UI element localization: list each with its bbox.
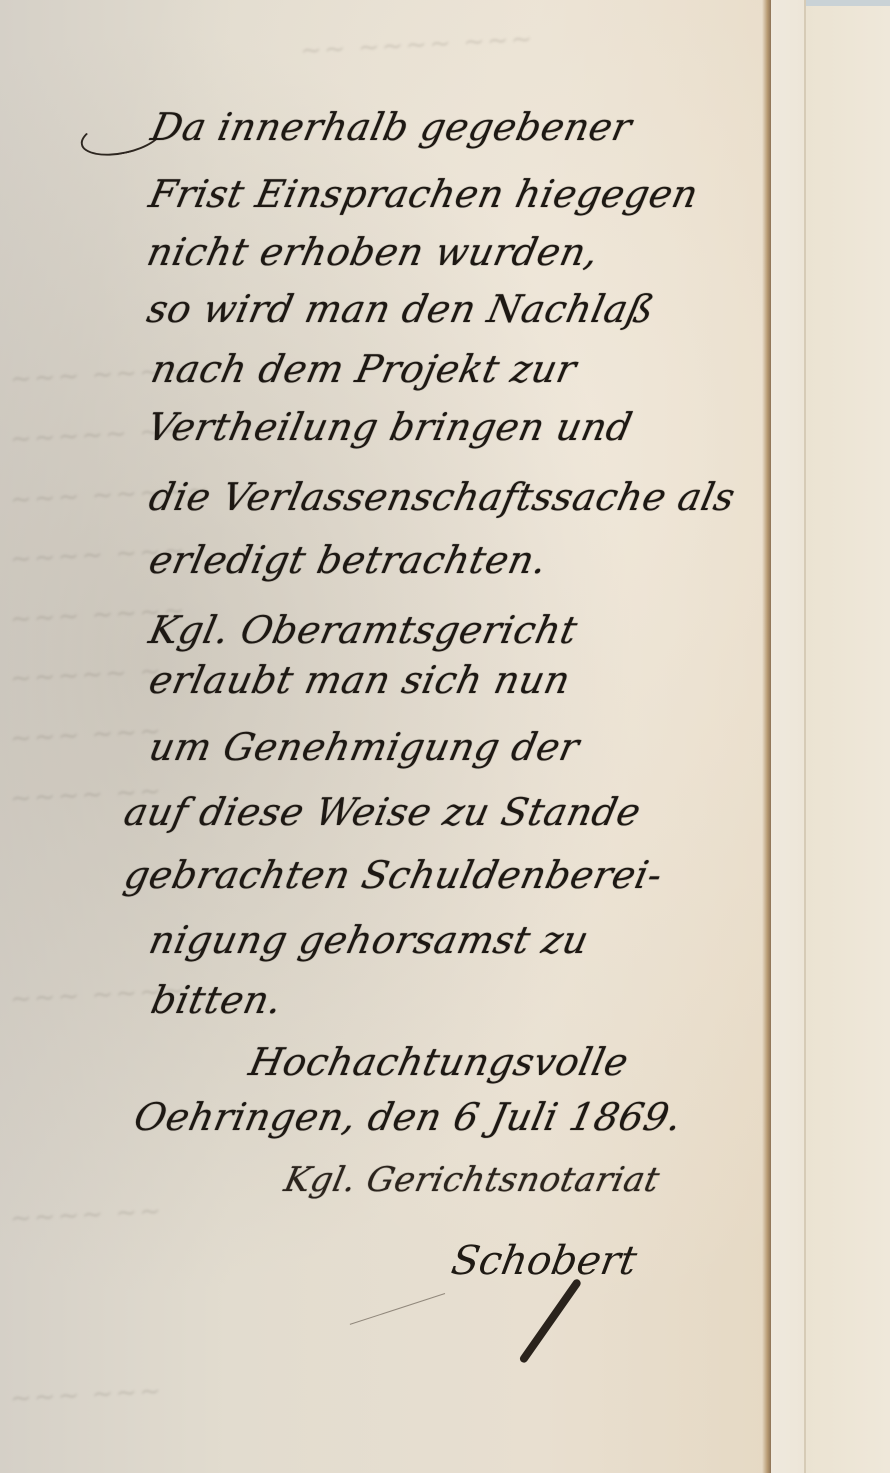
- adjacent-page-right: [806, 0, 890, 1473]
- body-line-15: bitten.: [147, 978, 286, 1022]
- signature: Schobert: [448, 1238, 640, 1284]
- body-line-11: um Genehmigung der: [145, 725, 583, 769]
- body-line-3: nicht erhoben wurden,: [143, 230, 602, 274]
- body-line-5: nach dem Projekt zur: [147, 347, 580, 391]
- background-corner: [806, 0, 890, 6]
- office-title: Kgl. Gerichtsnotariat: [281, 1160, 663, 1200]
- adjacent-page-strip: [771, 0, 805, 1473]
- torn-page-edge: [762, 0, 771, 1473]
- body-line-7: die Verlassenschaftssache als: [145, 475, 739, 519]
- body-line-4: so wird man den Nachlaß: [143, 287, 658, 331]
- place-and-date: Oehringen, den 6 Juli 1869.: [130, 1095, 686, 1139]
- body-line-13: gebrachten Schuldenberei-: [120, 853, 666, 897]
- body-line-6: Vertheilung bringen und: [143, 405, 636, 449]
- closing-salutation: Hochachtungsvolle: [245, 1040, 632, 1084]
- body-line-10: erlaubt man sich nun: [145, 658, 574, 702]
- body-line-2: Frist Einsprachen hiegegen: [145, 172, 702, 216]
- body-line-14: nigung gehorsamst zu: [145, 918, 593, 962]
- body-line-1: Da innerhalb gegebener: [147, 105, 636, 149]
- body-line-8: erledigt betrachten.: [145, 538, 551, 582]
- body-line-9: Kgl. Oberamtsgericht: [145, 608, 581, 652]
- body-line-12: auf diese Weise zu Stande: [120, 790, 645, 834]
